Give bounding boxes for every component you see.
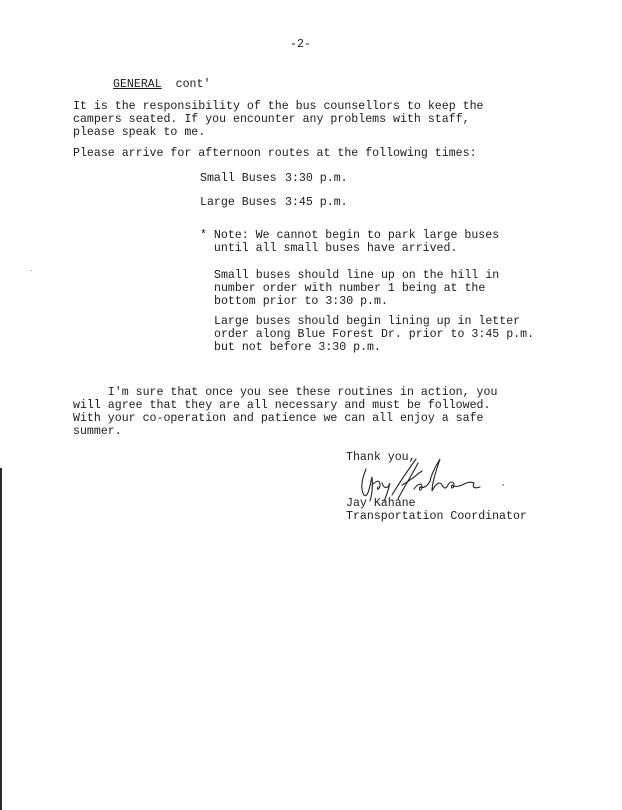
closing-paragraph: I'm sure that once you see these routine…	[73, 386, 497, 438]
document-page: -2- GENERAL cont' It is the responsibili…	[0, 0, 622, 810]
schedule-row-small: Small Buses3:30 p.m.	[200, 172, 348, 185]
scan-speck	[502, 484, 504, 486]
paragraph-responsibility: It is the responsibility of the bus coun…	[73, 100, 484, 139]
schedule-time: 3:30 p.m.	[285, 172, 348, 185]
schedule-label: Small Buses	[200, 172, 285, 185]
scan-edge-line	[0, 468, 2, 810]
note-large-buses: Large buses should begin lining up in le…	[214, 315, 534, 354]
signer-name: Jay Kahane	[346, 497, 416, 510]
note-parking: * Note: We cannot begin to park large bu…	[200, 229, 499, 255]
scan-speck	[31, 270, 32, 271]
paragraph-arrival-times: Please arrive for afternoon routes at th…	[73, 147, 477, 160]
signer-title: Transportation Coordinator	[346, 510, 527, 523]
schedule-label: Large Buses	[200, 196, 285, 209]
heading-title: GENERAL	[113, 78, 162, 91]
schedule-row-large: Large Buses3:45 p.m.	[200, 196, 348, 209]
page-number: -2-	[290, 38, 311, 51]
heading-suffix: cont'	[176, 78, 211, 91]
note-small-buses: Small buses should line up on the hill i…	[214, 269, 499, 308]
section-heading: GENERAL cont'	[113, 78, 210, 91]
schedule-time: 3:45 p.m.	[285, 196, 348, 209]
